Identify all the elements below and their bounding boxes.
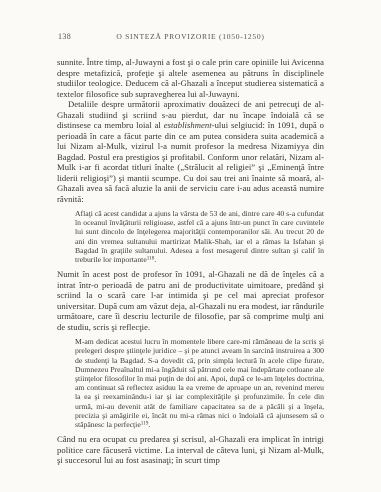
book-page: 138 O SINTEZĂ PROVIZORIE (1050-1250) sun… [0,0,381,492]
text-run: Numit în acest post de profesor în 1091,… [57,269,324,332]
running-header-title: O SINTEZĂ PROVIZORIE (1050-1250) [57,32,324,41]
block-quote: M-am dedicat acestui lucru în momentele … [75,337,324,429]
page-body: sunnite. Între timp, al-Juwayni a fost ş… [57,57,324,466]
paragraph: Când nu era ocupat cu predarea şi scrisu… [57,434,324,466]
italic-term: establishment [164,120,212,130]
text-run: Aflaţi că acest candidat a ajuns la vârs… [75,209,324,264]
text-run: . [154,255,156,264]
paragraph: Detaliile despre următorii aproximativ d… [57,99,324,204]
running-head: 138 O SINTEZĂ PROVIZORIE (1050-1250) [57,32,324,44]
paragraph: Numit în acest post de profesor în 1091,… [57,269,324,332]
text-run: Când nu era ocupat cu predarea şi scrisu… [57,434,324,465]
page-number: 138 [58,32,71,41]
text-run: -ului selgiucid: în 1091, după o perioad… [57,120,324,204]
paragraph: sunnite. Între timp, al-Juwayni a fost ş… [57,57,324,99]
text-run: sunnite. Între timp, al-Juwayni a fost ş… [57,57,324,99]
text-run: M-am dedicat acestui lucru în momentele … [75,337,324,429]
block-quote: Aflaţi că acest candidat a ajuns la vârs… [75,209,324,264]
text-run: . [148,420,150,429]
